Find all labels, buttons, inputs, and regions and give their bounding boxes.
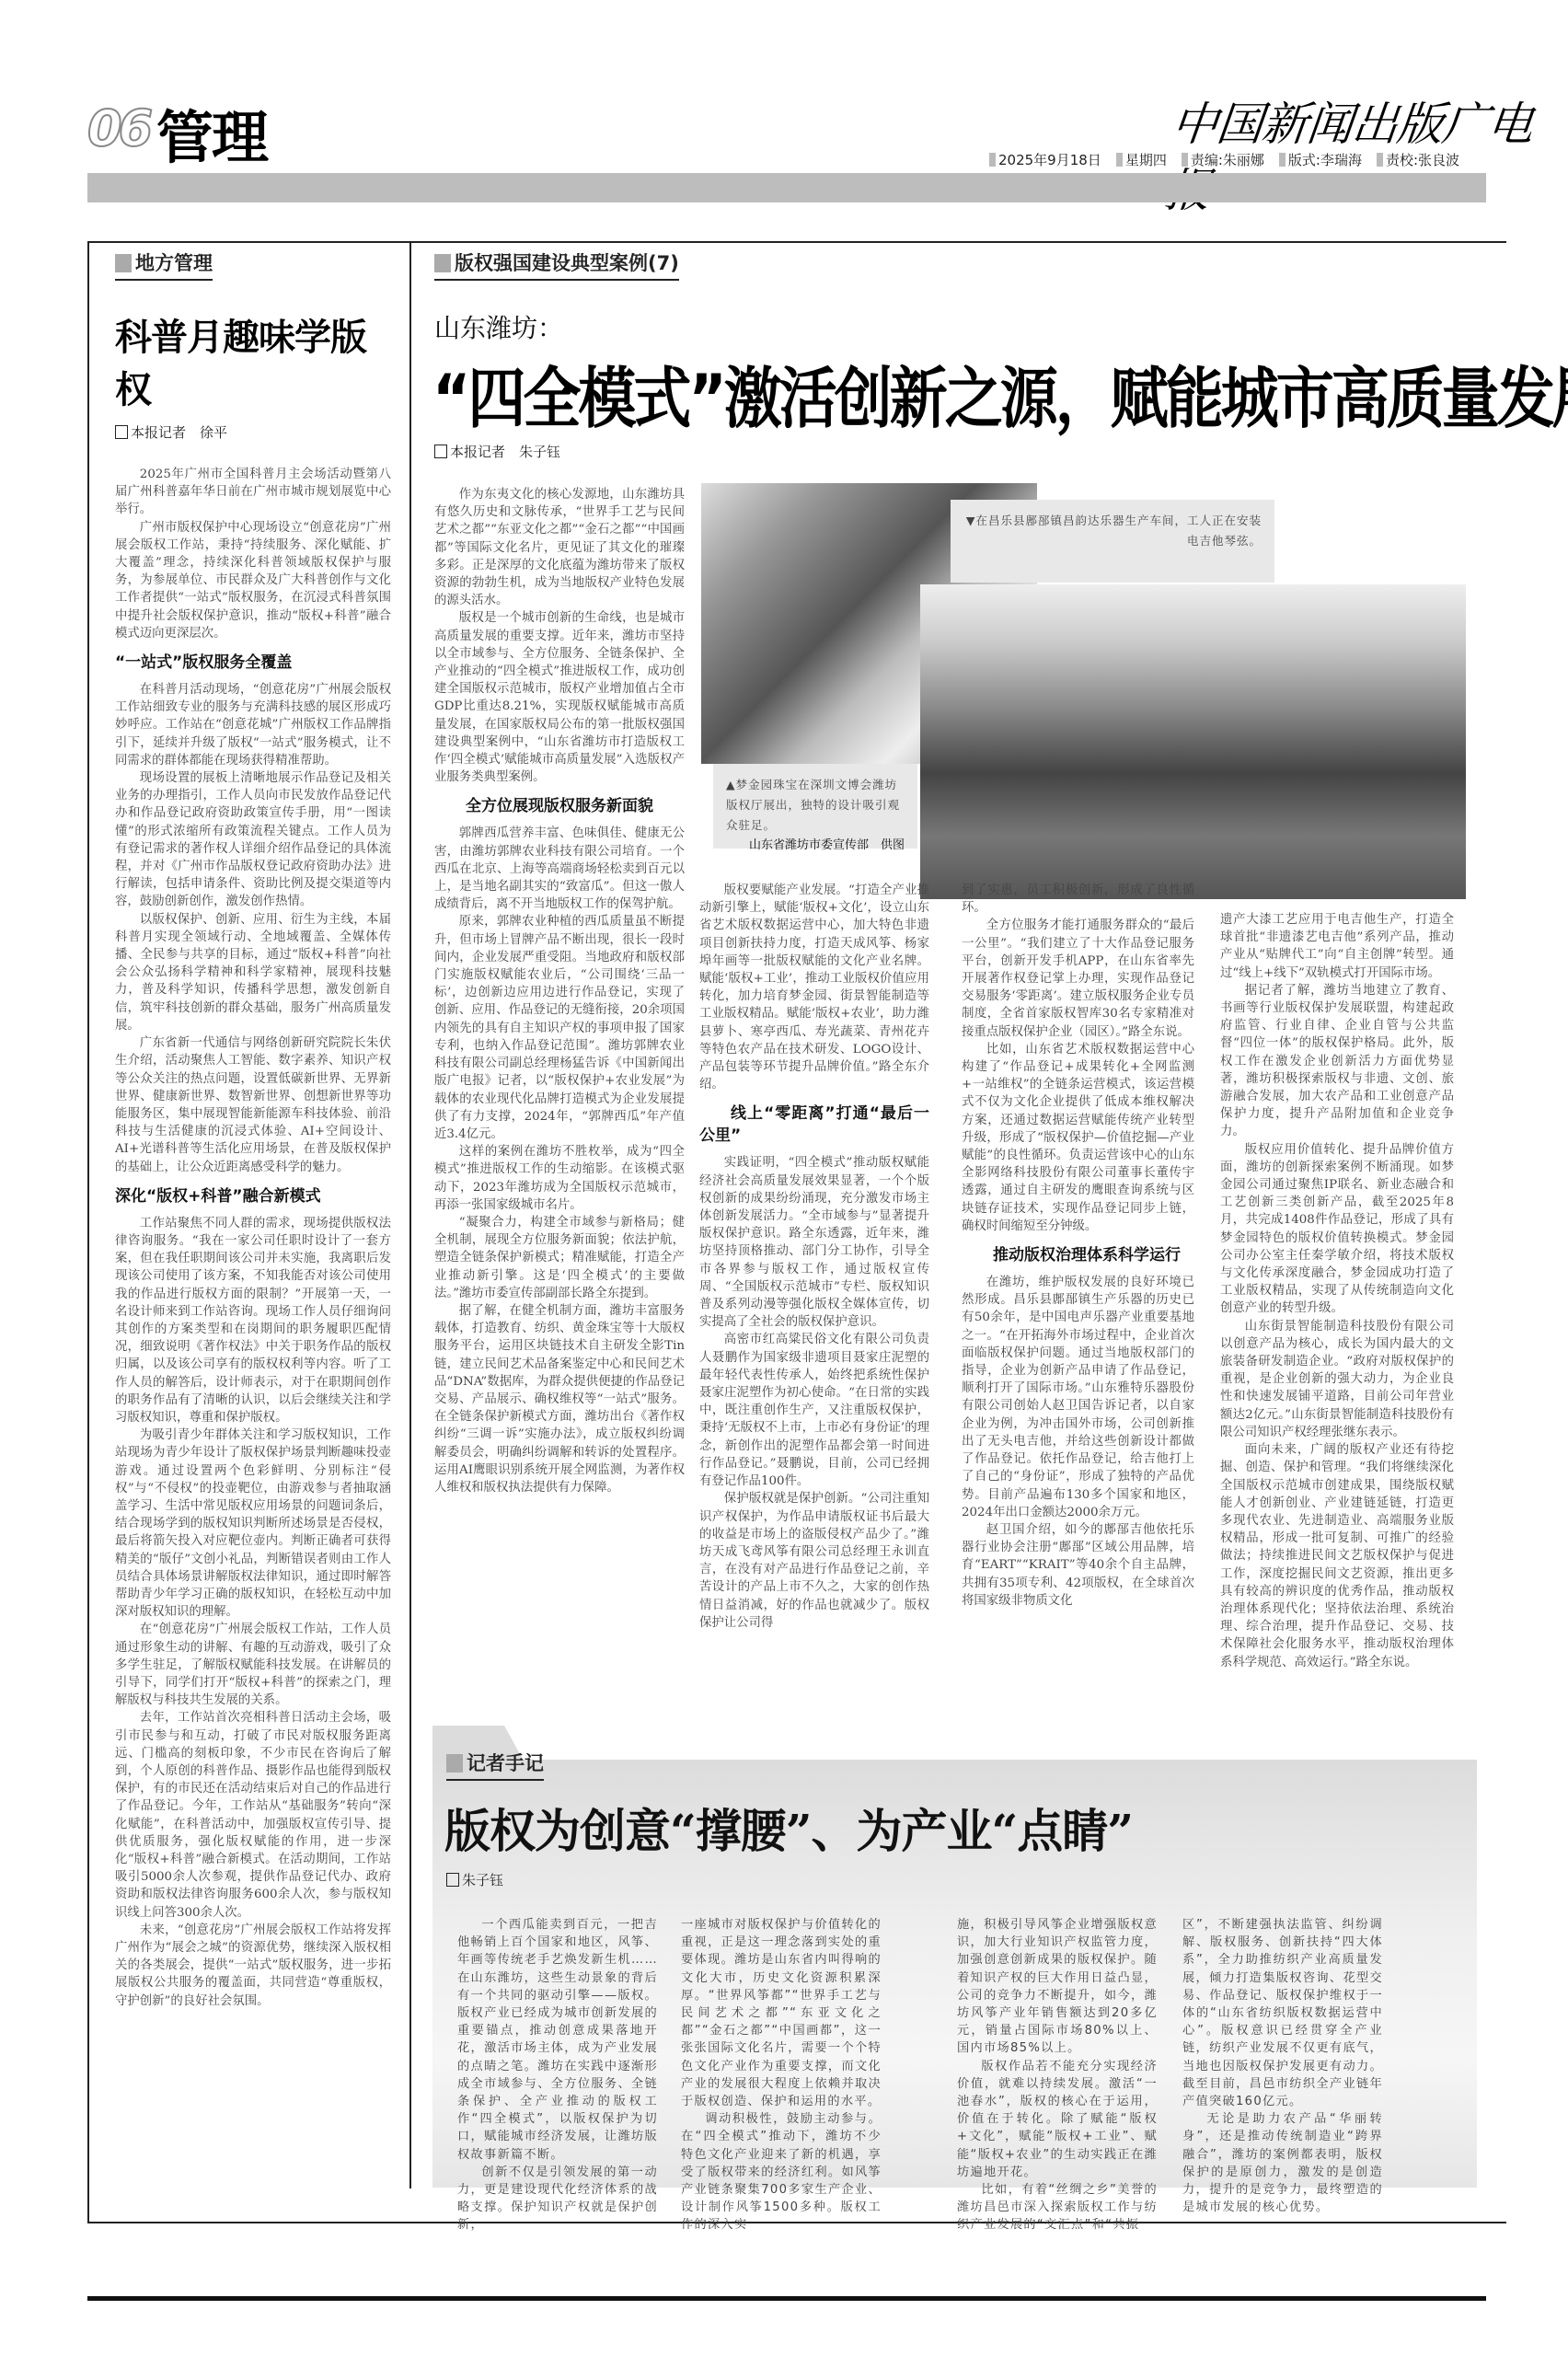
- proofreader-credit: 责校:张良波: [1377, 150, 1459, 169]
- section-name: 管理: [156, 92, 267, 174]
- photo-caption-right: ▼在昌乐县鄌郚镇昌韵达乐器生产车间，工人正在安装电吉他琴弦。: [951, 500, 1274, 583]
- left-article-body: 2025年广州市全国科普月主会场活动暨第八届广州科普嘉年华日前在广州市城市规划展…: [115, 466, 391, 2010]
- column-divider: [409, 241, 411, 2188]
- main-column-2: 版权要赋能产业发展。“打造全产业推动新引擎上，赋能‘版权+文化’，设立山东省艺术…: [699, 882, 929, 1632]
- commentary-column-2: 一座城市对版权保护与价值转化的重视，正是这一理念落到实处的重要体现。潍坊是山东省…: [681, 1916, 882, 2235]
- paragraph: 创新不仅是引领发展的第一动力，更是建设现代化经济体系的战略支撑。保护知识产权就是…: [457, 2164, 658, 2235]
- left-article: 地方管理 科普月趣味学版权 本报记者 徐平 2025年广州市全国科普月主会场活动…: [115, 248, 391, 2010]
- paragraph: 调动积极性，鼓励主动参与。在“四全模式”推动下，潍坊不少特色文化产业迎来了新的机…: [681, 2110, 882, 2234]
- left-kicker: 地方管理: [115, 248, 213, 281]
- paragraph: 区”，不断建强执法监管、纠纷调解、版权服务、创新扶持“四大体系”，全力助推纺织产…: [1182, 1916, 1383, 2110]
- paragraph: 全方位服务才能打通服务群众的“最后一公里”。“我们建立了十大作品登记服务平台，创…: [962, 917, 1194, 1040]
- paragraph: 为吸引青少年群体关注和学习版权知识，工作站现场为青少年设计了版权保护场景判断趣味…: [115, 1426, 391, 1621]
- commentary-column-3: 施，积极引导风筝企业增强版权意识，加大行业知识产权监管力度，加强创意创新成果的版…: [957, 1916, 1158, 2235]
- paragraph: 面向未来，广阔的版权产业还有待挖掘、创造、保护和管理。“我们将继续深化全国版权示…: [1220, 1441, 1454, 1671]
- main-kicker: 版权强国建设典型案例(7): [434, 248, 679, 281]
- photo-guitar-workshop: [920, 584, 1466, 899]
- editor-credit: 责编:朱丽娜: [1182, 150, 1264, 169]
- paragraph: 赵卫国介绍，如今的鄌郚吉他依托乐器行业协会注册“鄌郚”区域公用品牌，培育“EAR…: [962, 1521, 1194, 1610]
- paragraph: 比如，山东省艺术版权数据运营中心构建了“作品登记+成果转化+全网监测+一站维权”…: [962, 1041, 1194, 1235]
- paragraph: 工作站聚焦不同人群的需求，现场提供版权法律咨询服务。“我在一家公司任职时设计了一…: [115, 1215, 391, 1426]
- paragraph: 现场设置的展板上清晰地展示作品登记及相关业务的办理指引，工作人员向市民发放作品登…: [115, 769, 391, 911]
- paragraph: 在科普月活动现场，“创意花房”广州展会版权工作站细致专业的服务与充满科技感的展区…: [115, 681, 391, 769]
- commentary-column-4: 区”，不断建强执法监管、纠纷调解、版权服务、创新扶持“四大体系”，全力助推纺织产…: [1182, 1916, 1383, 2216]
- paragraph: 高密市红高粱民俗文化有限公司负责人聂鹏作为国家级非遗项目聂家庄泥塑的最年轻代表性…: [699, 1331, 929, 1490]
- main-column-3: 到了实惠，员工积极创新，形成了良性循环。全方位服务才能打通服务群众的“最后一公里…: [962, 882, 1194, 1610]
- paragraph: 版权应用价值转化、提升品牌价值方面，潍坊的创新探索案例不断涌现。如梦金园公司通过…: [1220, 1141, 1454, 1318]
- commentary-kicker: 记者手记: [446, 1749, 544, 1781]
- paragraph: “凝聚合力，构建全市域参与新格局；健全机制，展现全方位服务新面貌；依法护航，塑造…: [434, 1214, 685, 1302]
- main-column-1: 作为东夷文化的核心发源地，山东潍坊具有悠久历史和文脉传承，“世界手工艺与民间艺术…: [434, 486, 685, 1496]
- main-kicker-wrap: 版权强国建设典型案例(7): [434, 248, 679, 281]
- paragraph: 在潍坊，维护版权发展的良好环境已然形成。昌乐县鄌郚镇生产乐器的历史已有50余年，…: [962, 1274, 1194, 1521]
- section-heading: 推动版权治理体系科学运行: [962, 1244, 1194, 1266]
- paragraph: 广东省新一代通信与网络创新研究院院长朱伏生介绍，活动聚焦人工智能、数字素养、知识…: [115, 1034, 391, 1176]
- layout-credit: 版式:李瑞海: [1279, 150, 1362, 169]
- commentary-title: 版权为创意“撑腰”、为产业“点睛”: [444, 1795, 1133, 1861]
- caption-right-text: ▼在昌乐县鄌郚镇昌韵达乐器生产车间，工人正在安装电吉他琴弦。: [966, 514, 1262, 548]
- paragraph: 实践证明，“四全模式”推动版权赋能经济社会高质量发展效果显著，一个个版权创新的成…: [699, 1154, 929, 1331]
- header-rule: [87, 173, 1486, 202]
- paragraph: 到了实惠，员工积极创新，形成了良性循环。: [962, 882, 1194, 917]
- paragraph: 无论是助力农产品“华丽转身”，还是推动传统制造业“跨界融合”，潍坊的案例都表明，…: [1182, 2110, 1383, 2216]
- issue-meta: 2025年9月18日 星期四 责编:朱丽娜 版式:李瑞海 责校:张良波: [989, 150, 1459, 169]
- main-byline: 本报记者 朱子钰: [434, 442, 560, 461]
- paragraph: 保护版权就是保护创新。“公司注重知识产权保护，为作品申请版权证书后最大的收益是市…: [699, 1490, 929, 1632]
- paragraph: 原来，郭牌农业种植的西瓜质量虽不断提升，但市场上冒牌产品不断出现，很长一段时间内…: [434, 913, 685, 1143]
- paragraph: 施，积极引导风筝企业增强版权意识，加大行业知识产权监管力度，加强创意创新成果的版…: [957, 1916, 1158, 2058]
- section-heading: 线上“零距离”打通“最后一公里”: [699, 1103, 929, 1147]
- paragraph: 未来，“创意花房”广州展会版权工作站将发挥广州作为“展会之城”的资源优势，继续深…: [115, 1922, 391, 2010]
- section-heading: 全方位展现版权服务新面貌: [434, 795, 685, 817]
- section-heading: “一站式”版权服务全覆盖: [115, 652, 391, 674]
- paragraph: 以版权保护、创新、应用、衍生为主线，本届科普月实现全领域行动、全地域覆盖、全媒体…: [115, 911, 391, 1034]
- paragraph: 比如，有着“丝绸之乡”美誉的潍坊昌邑市深入探索版权工作与纺织产业发展的“交汇点”…: [957, 2181, 1158, 2235]
- main-title: “四全模式”激活创新之源，赋能城市高质量发展: [432, 345, 1568, 442]
- photo-caption-left: ▲梦金园珠宝在深圳文博会潍坊版权厅展出，独特的设计吸引观众驻足。 山东省潍坊市委…: [713, 764, 917, 849]
- main-pre-title: 山东潍坊：: [434, 308, 563, 345]
- paragraph: 版权作品若不能充分实现经济价值，就难以持续发展。激活“一池春水”，版权的核心在于…: [957, 2058, 1158, 2181]
- section-heading: 深化“版权+科普”融合新模式: [115, 1185, 391, 1207]
- left-article-title: 科普月趣味学版权: [115, 308, 391, 413]
- paragraph: 广州市版权保护中心现场设立“创意花房”广州展会版权工作站，秉持“持续服务、深化赋…: [115, 519, 391, 642]
- main-column-4: 遗产大漆工艺应用于电吉他生产，打造全球首批“非遗漆艺电吉他”系列产品，推动产业从…: [1220, 911, 1454, 1671]
- paragraph: 这样的案例在潍坊不胜枚举，成为“四全模式”推进版权工作的生动缩影。在该模式驱动下…: [434, 1143, 685, 1214]
- commentary-column-1: 一个西瓜能卖到百元，一把吉他畅销上百个国家和地区，风筝、年画等传统老手艺焕发新生…: [457, 1916, 658, 2235]
- paragraph: 版权要赋能产业发展。“打造全产业推动新引擎上，赋能‘版权+文化’，设立山东省艺术…: [699, 882, 929, 1093]
- left-article-byline: 本报记者 徐平: [115, 422, 391, 442]
- commentary-kicker-wrap: 记者手记: [446, 1749, 544, 1781]
- paragraph: 去年，工作站首次亮相科普日活动主会场，吸引市民参与和互动，打破了市民对版权服务距…: [115, 1709, 391, 1921]
- issue-date: 2025年9月18日: [989, 150, 1101, 169]
- paragraph: 遗产大漆工艺应用于电吉他生产，打造全球首批“非遗漆艺电吉他”系列产品，推动产业从…: [1220, 911, 1454, 982]
- page-number: 06: [87, 99, 149, 157]
- paragraph: 作为东夷文化的核心发源地，山东潍坊具有悠久历史和文脉传承，“世界手工艺与民间艺术…: [434, 486, 685, 609]
- paragraph: 一个西瓜能卖到百元，一把吉他畅销上百个国家和地区，风筝、年画等传统老手艺焕发新生…: [457, 1916, 658, 2164]
- commentary-byline: 朱子钰: [446, 1870, 503, 1889]
- footer-rule: [87, 2296, 1486, 2301]
- paragraph: 版权是一个城市创新的生命线，也是城市高质量发展的重要支撑。近年来，潍坊市坚持以全…: [434, 609, 685, 786]
- paragraph: 一座城市对版权保护与价值转化的重视，正是这一理念落到实处的重要体现。潍坊是山东省…: [681, 1916, 882, 2110]
- paragraph: 山东街景智能制造科技股份有限公司以创意产品为核心，成长为国内最大的文旅装备研发制…: [1220, 1318, 1454, 1441]
- paragraph: 在“创意花房”广州展会版权工作站，工作人员通过形象生动的讲解、有趣的互动游戏，吸…: [115, 1621, 391, 1709]
- paragraph: 2025年广州市全国科普月主会场活动暨第八届广州科普嘉年华日前在广州市城市规划展…: [115, 466, 391, 519]
- photo-credit: 山东省潍坊市委宣传部 供图: [726, 836, 905, 856]
- caption-left-text: ▲梦金园珠宝在深圳文博会潍坊版权厅展出，独特的设计吸引观众驻足。: [726, 775, 905, 836]
- paragraph: 据记者了解，潍坊当地建立了教育、书画等行业版权保护发展联盟，构建起政府监管、行业…: [1220, 982, 1454, 1141]
- paragraph: 郭牌西瓜营养丰富、色味俱佳、健康无公害，由潍坊郭牌农业科技有限公司培育。一个西瓜…: [434, 825, 685, 913]
- paragraph: 据了解，在健全机制方面，潍坊丰富服务载体，打造教育、纺织、黄金珠宝等十大版权服务…: [434, 1302, 685, 1496]
- issue-weekday: 星期四: [1116, 150, 1167, 169]
